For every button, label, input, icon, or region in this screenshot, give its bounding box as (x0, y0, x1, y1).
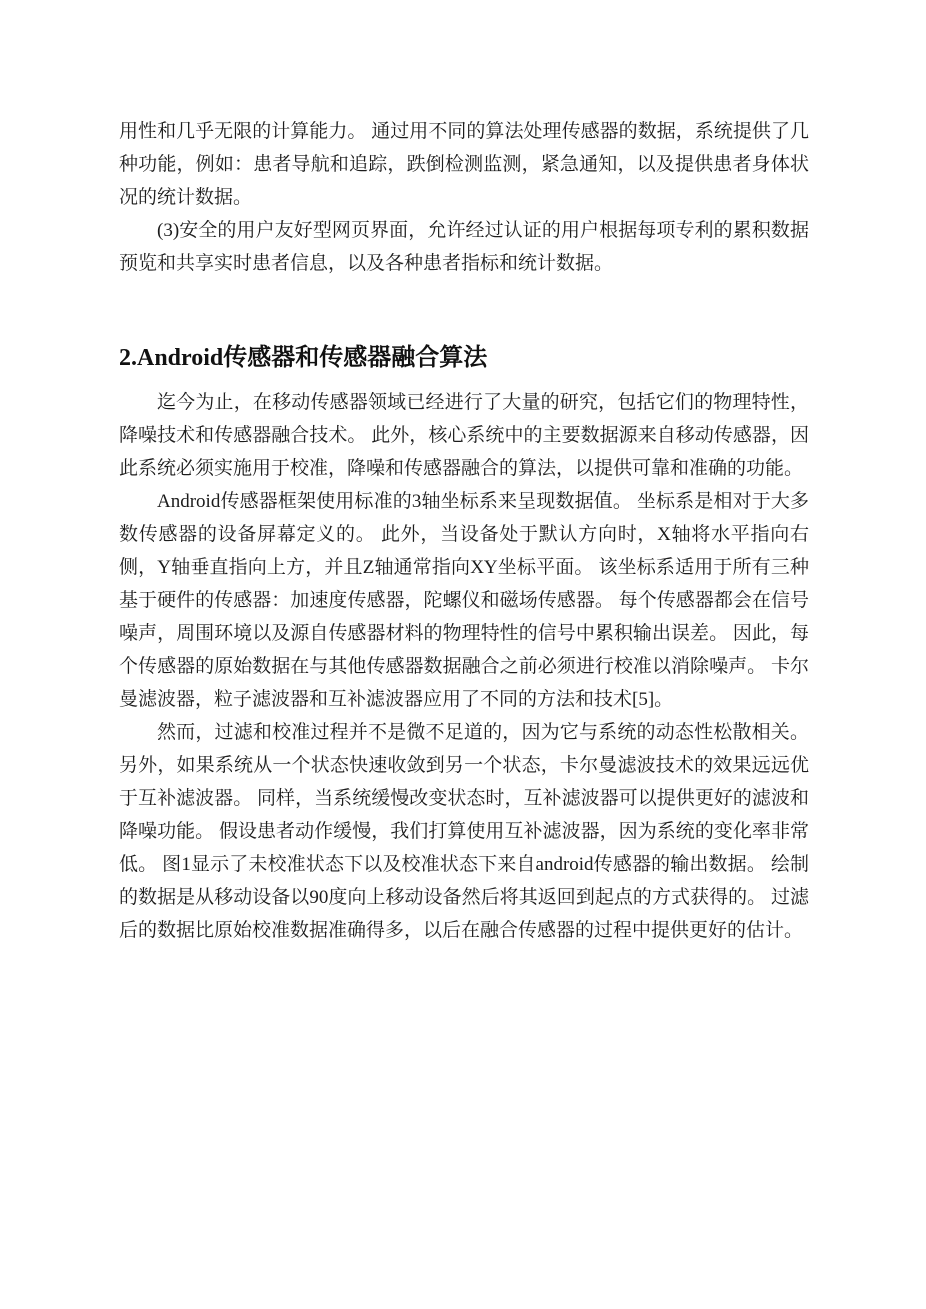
paragraph-research-overview: 迄今为止，在移动传感器领域已经进行了大量的研究，包括它们的物理特性，降噪技术和传… (119, 386, 809, 485)
paragraph-continuation: 用性和几乎无限的计算能力。 通过用不同的算法处理传感器的数据，系统提供了几种功能… (119, 115, 809, 214)
section-heading-android-sensors: 2.Android传感器和传感器融合算法 (119, 341, 809, 375)
document-page: 用性和几乎无限的计算能力。 通过用不同的算法处理传感器的数据，系统提供了几种功能… (0, 0, 926, 1309)
page-text-block: 用性和几乎无限的计算能力。 通过用不同的算法处理传感器的数据，系统提供了几种功能… (119, 115, 809, 947)
paragraph-filtering-calibration: 然而，过滤和校准过程并不是微不足道的，因为它与系统的动态性松散相关。 另外，如果… (119, 716, 809, 947)
paragraph-web-interface: (3)安全的用户友好型网页界面，允许经过认证的用户根据每项专利的累积数据预览和共… (119, 214, 809, 280)
paragraph-coordinate-system: Android传感器框架使用标准的3轴坐标系来呈现数据值。 坐标系是相对于大多数… (119, 485, 809, 716)
